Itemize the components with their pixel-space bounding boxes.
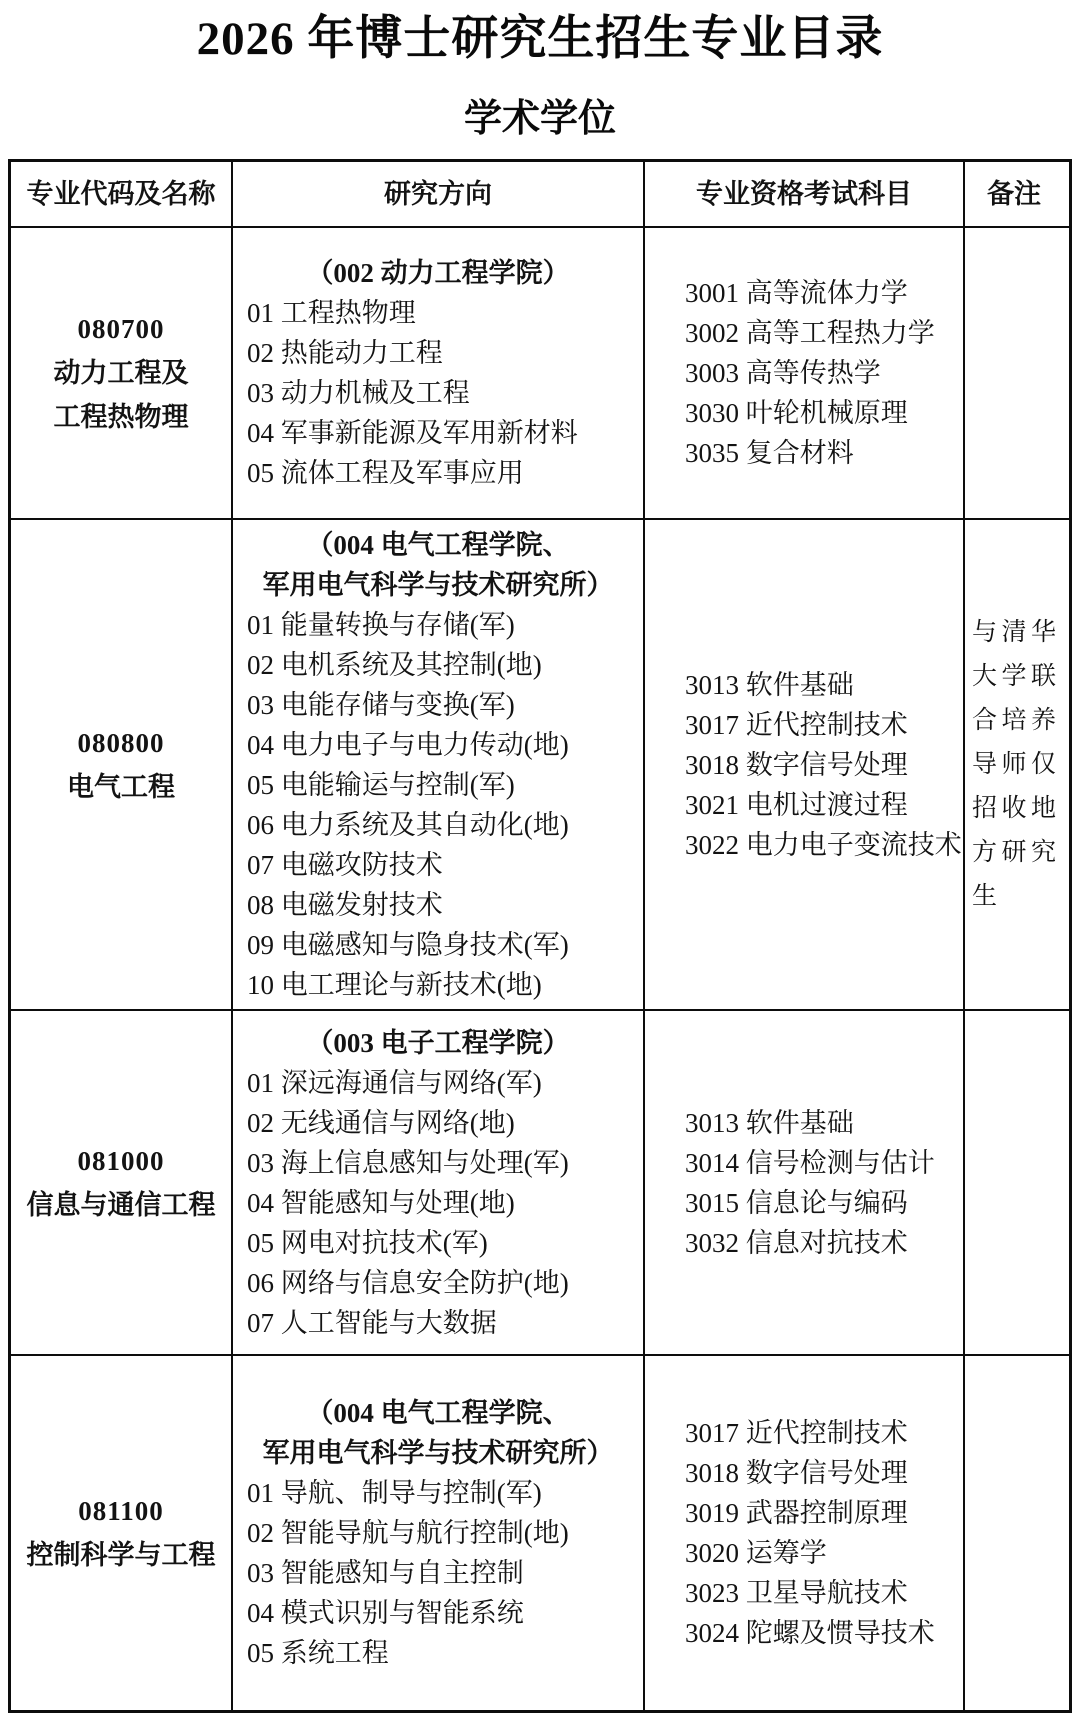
exam-item: 3013 软件基础 bbox=[685, 665, 962, 705]
direction-item: 03 海上信息感知与处理(军) bbox=[247, 1143, 643, 1183]
exam-subjects-cell: 3013 软件基础3017 近代控制技术3018 数字信号处理3021 电机过渡… bbox=[643, 520, 963, 1009]
catalog-table: 专业代码及名称 研究方向 专业资格考试科目 备注 080700动力工程及工程热物… bbox=[8, 159, 1072, 1713]
exam-subjects-cell: 3001 高等流体力学3002 高等工程热力学3003 高等传热学3030 叶轮… bbox=[643, 228, 963, 518]
remarks-cell bbox=[963, 1356, 1063, 1710]
direction-item: 03 智能感知与自主控制 bbox=[247, 1553, 643, 1593]
exam-item: 3001 高等流体力学 bbox=[685, 273, 935, 313]
research-directions-cell: （002 动力工程学院）01 工程热物理02 热能动力工程03 动力机械及工程0… bbox=[231, 228, 643, 518]
exam-item: 3018 数字信号处理 bbox=[685, 1453, 935, 1493]
table-row: 080700动力工程及工程热物理（002 动力工程学院）01 工程热物理02 热… bbox=[11, 226, 1069, 518]
exam-subjects-cell: 3017 近代控制技术3018 数字信号处理3019 武器控制原理3020 运筹… bbox=[643, 1356, 963, 1710]
page-title: 2026 年博士研究生招生专业目录 bbox=[0, 8, 1080, 70]
direction-item: 06 电力系统及其自动化(地) bbox=[247, 805, 643, 845]
major-name-line: 电气工程 bbox=[67, 765, 175, 809]
direction-item: 01 导航、制导与控制(军) bbox=[247, 1473, 643, 1513]
exam-list: 3017 近代控制技术3018 数字信号处理3019 武器控制原理3020 运筹… bbox=[645, 1413, 935, 1653]
exam-item: 3023 卫星导航技术 bbox=[685, 1573, 935, 1613]
direction-item: 01 工程热物理 bbox=[247, 293, 643, 333]
direction-item: 06 网络与信息安全防护(地) bbox=[247, 1263, 643, 1303]
direction-item: 04 军事新能源及军用新材料 bbox=[247, 413, 643, 453]
remarks-cell: 与清华大学联合培养导师仅招收地方研究生 bbox=[963, 520, 1063, 1009]
major-code: 081100 bbox=[78, 1489, 164, 1533]
exam-item: 3014 信号检测与估计 bbox=[685, 1143, 935, 1183]
exam-item: 3035 复合材料 bbox=[685, 433, 935, 473]
direction-item: 07 电磁攻防技术 bbox=[247, 845, 643, 885]
remark-text: 与清华大学联合培养导师仅招收地方研究生 bbox=[972, 611, 1056, 919]
exam-item: 3019 武器控制原理 bbox=[685, 1493, 935, 1533]
major-code: 081000 bbox=[78, 1139, 165, 1183]
exam-list: 3013 软件基础3017 近代控制技术3018 数字信号处理3021 电机过渡… bbox=[645, 665, 962, 865]
exam-item: 3032 信息对抗技术 bbox=[685, 1223, 935, 1263]
exam-item: 3013 软件基础 bbox=[685, 1103, 935, 1143]
exam-item: 3018 数字信号处理 bbox=[685, 745, 962, 785]
direction-item: 08 电磁发射技术 bbox=[247, 885, 643, 925]
major-name-line: 工程热物理 bbox=[54, 395, 189, 439]
college-heading-line: （004 电气工程学院、 bbox=[233, 1393, 643, 1433]
major-name-line: 信息与通信工程 bbox=[27, 1183, 216, 1227]
exam-item: 3003 高等传热学 bbox=[685, 353, 935, 393]
direction-item: 04 模式识别与智能系统 bbox=[247, 1593, 643, 1633]
table-header-row: 专业代码及名称 研究方向 专业资格考试科目 备注 bbox=[11, 162, 1069, 226]
header-research-direction: 研究方向 bbox=[231, 162, 643, 226]
direction-item: 02 热能动力工程 bbox=[247, 333, 643, 373]
major-name-line: 动力工程及 bbox=[54, 351, 189, 395]
direction-item: 07 人工智能与大数据 bbox=[247, 1303, 643, 1343]
direction-list: 01 工程热物理02 热能动力工程03 动力机械及工程04 军事新能源及军用新材… bbox=[233, 293, 643, 493]
direction-item: 05 系统工程 bbox=[247, 1633, 643, 1673]
major-code: 080800 bbox=[78, 721, 165, 765]
exam-item: 3002 高等工程热力学 bbox=[685, 313, 935, 353]
research-directions-cell: （003 电子工程学院）01 深远海通信与网络(军)02 无线通信与网络(地)0… bbox=[231, 1011, 643, 1354]
direction-item: 04 智能感知与处理(地) bbox=[247, 1183, 643, 1223]
header-remarks: 备注 bbox=[963, 162, 1063, 226]
exam-list: 3013 软件基础3014 信号检测与估计3015 信息论与编码3032 信息对… bbox=[645, 1103, 935, 1263]
exam-item: 3021 电机过渡过程 bbox=[685, 785, 962, 825]
exam-item: 3020 运筹学 bbox=[685, 1533, 935, 1573]
direction-item: 05 网电对抗技术(军) bbox=[247, 1223, 643, 1263]
table-row: 081100控制科学与工程（004 电气工程学院、军用电气科学与技术研究所）01… bbox=[11, 1354, 1069, 1710]
direction-item: 01 深远海通信与网络(军) bbox=[247, 1063, 643, 1103]
direction-item: 05 流体工程及军事应用 bbox=[247, 453, 643, 493]
table-row: 080800电气工程（004 电气工程学院、军用电气科学与技术研究所）01 能量… bbox=[11, 518, 1069, 1009]
page-subtitle: 学术学位 bbox=[0, 96, 1080, 142]
major-code: 080700 bbox=[78, 307, 165, 351]
major-code-name-cell: 081100控制科学与工程 bbox=[11, 1356, 231, 1710]
exam-list: 3001 高等流体力学3002 高等工程热力学3003 高等传热学3030 叶轮… bbox=[645, 273, 935, 473]
research-directions-cell: （004 电气工程学院、军用电气科学与技术研究所）01 导航、制导与控制(军)0… bbox=[231, 1356, 643, 1710]
college-heading-line: 军用电气科学与技术研究所） bbox=[233, 1433, 643, 1473]
direction-item: 02 无线通信与网络(地) bbox=[247, 1103, 643, 1143]
header-exam-subjects: 专业资格考试科目 bbox=[643, 162, 963, 226]
exam-item: 3022 电力电子变流技术 bbox=[685, 825, 962, 865]
direction-item: 04 电力电子与电力传动(地) bbox=[247, 725, 643, 765]
direction-item: 09 电磁感知与隐身技术(军) bbox=[247, 925, 643, 965]
direction-item: 03 电能存储与变换(军) bbox=[247, 685, 643, 725]
major-code-name-cell: 080800电气工程 bbox=[11, 520, 231, 1009]
direction-list: 01 能量转换与存储(军)02 电机系统及其控制(地)03 电能存储与变换(军)… bbox=[233, 605, 643, 1005]
research-directions-cell: （004 电气工程学院、军用电气科学与技术研究所）01 能量转换与存储(军)02… bbox=[231, 520, 643, 1009]
direction-item: 01 能量转换与存储(军) bbox=[247, 605, 643, 645]
exam-item: 3017 近代控制技术 bbox=[685, 1413, 935, 1453]
college-heading-line: 军用电气科学与技术研究所） bbox=[233, 565, 643, 605]
exam-item: 3030 叶轮机械原理 bbox=[685, 393, 935, 433]
college-heading-line: （003 电子工程学院） bbox=[233, 1023, 643, 1063]
college-heading-line: （002 动力工程学院） bbox=[233, 253, 643, 293]
major-code-name-cell: 081000信息与通信工程 bbox=[11, 1011, 231, 1354]
exam-item: 3015 信息论与编码 bbox=[685, 1183, 935, 1223]
document-page: 2026 年博士研究生招生专业目录 学术学位 专业代码及名称 研究方向 专业资格… bbox=[0, 8, 1080, 1713]
header-major-code-name: 专业代码及名称 bbox=[11, 162, 231, 226]
table-row: 081000信息与通信工程（003 电子工程学院）01 深远海通信与网络(军)0… bbox=[11, 1009, 1069, 1354]
exam-item: 3024 陀螺及惯导技术 bbox=[685, 1613, 935, 1653]
remarks-cell bbox=[963, 1011, 1063, 1354]
direction-item: 03 动力机械及工程 bbox=[247, 373, 643, 413]
major-code-name-cell: 080700动力工程及工程热物理 bbox=[11, 228, 231, 518]
direction-list: 01 深远海通信与网络(军)02 无线通信与网络(地)03 海上信息感知与处理(… bbox=[233, 1063, 643, 1343]
exam-item: 3017 近代控制技术 bbox=[685, 705, 962, 745]
direction-list: 01 导航、制导与控制(军)02 智能导航与航行控制(地)03 智能感知与自主控… bbox=[233, 1473, 643, 1673]
exam-subjects-cell: 3013 软件基础3014 信号检测与估计3015 信息论与编码3032 信息对… bbox=[643, 1011, 963, 1354]
major-name-line: 控制科学与工程 bbox=[27, 1533, 216, 1577]
direction-item: 02 智能导航与航行控制(地) bbox=[247, 1513, 643, 1553]
direction-item: 02 电机系统及其控制(地) bbox=[247, 645, 643, 685]
remarks-cell bbox=[963, 228, 1063, 518]
college-heading-line: （004 电气工程学院、 bbox=[233, 525, 643, 565]
direction-item: 05 电能输运与控制(军) bbox=[247, 765, 643, 805]
direction-item: 10 电工理论与新技术(地) bbox=[247, 965, 643, 1005]
